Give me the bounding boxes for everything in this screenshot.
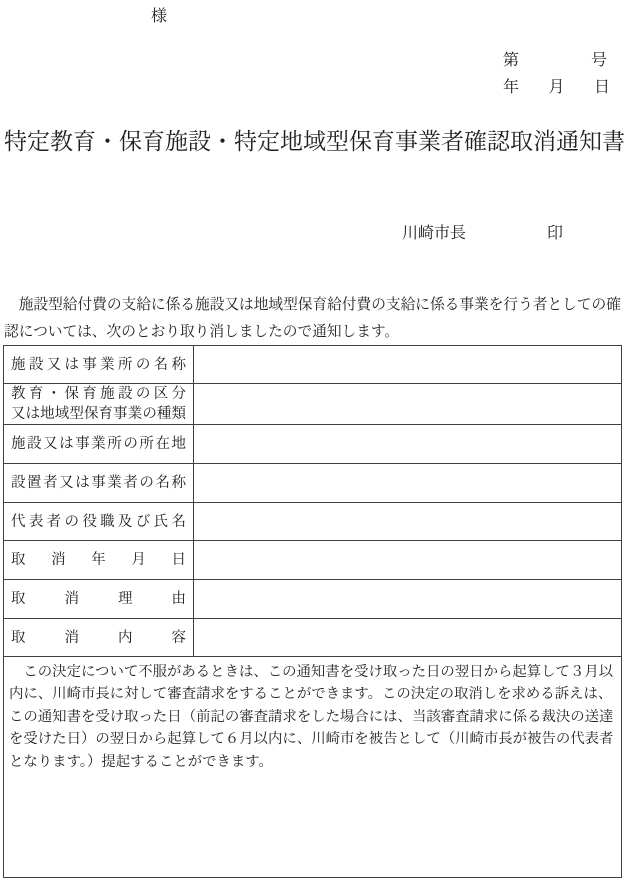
addressee-line: 様 xyxy=(151,3,167,26)
doc-number-suffix: 号 xyxy=(591,47,607,70)
row-value xyxy=(194,425,622,464)
notice-line: この通知書を受け取った日（前記の審査請求をした場合には、当該審査請求に係る裁決の… xyxy=(9,706,616,728)
document-page: 様 第 号 年 月 日 特定教育・保育施設・特定地域型保育事業者確認取消通知書 … xyxy=(0,0,629,880)
notice-line: 内に、川崎市長に対して審査請求をすることができます。この決定の取消しを求める訴え… xyxy=(9,683,616,705)
doc-number-prefix: 第 xyxy=(503,47,519,70)
addressee-suffix: 様 xyxy=(151,8,167,25)
row-label: 教育・保育施設の区分 又は地域型保育事業の種類 xyxy=(4,384,194,425)
row-label: 施設又は事業所の所在地 xyxy=(4,425,194,464)
details-table: 施設又は事業所の名称 教育・保育施設の区分 又は地域型保育事業の種類 施設又は事… xyxy=(3,345,622,878)
intro-line: 施設型給付費の支給に係る施設又は地域型保育給付費の支給に係る事業を行う者としての… xyxy=(4,292,626,319)
intro-paragraph: 施設型給付費の支給に係る施設又は地域型保育給付費の支給に係る事業を行う者としての… xyxy=(4,292,626,346)
row-value xyxy=(194,503,622,541)
row-label: 設置者又は事業者の名称 xyxy=(4,464,194,503)
table-row: 施設又は事業所の名称 xyxy=(4,346,622,384)
row-value xyxy=(194,541,622,580)
row-label: 取消内容 xyxy=(4,619,194,657)
seal-label: 印 xyxy=(547,220,563,243)
month-label: 月 xyxy=(548,74,564,97)
row-value xyxy=(194,384,622,425)
notice-line: この決定について不服があるときは、この通知書を受け取った日の翌日から起算して３月… xyxy=(9,661,616,683)
row-value xyxy=(194,580,622,619)
table-row: 取消理由 xyxy=(4,580,622,619)
day-label: 日 xyxy=(594,74,610,97)
row-value xyxy=(194,464,622,503)
table-row: 取消内容 xyxy=(4,619,622,657)
table-row: 教育・保育施設の区分 又は地域型保育事業の種類 xyxy=(4,384,622,425)
year-label: 年 xyxy=(503,74,519,97)
table-row: 施設又は事業所の所在地 xyxy=(4,425,622,464)
row-label: 取消理由 xyxy=(4,580,194,619)
doc-number-line: 第 号 xyxy=(503,47,607,70)
row-value xyxy=(194,619,622,657)
appeal-notice: この決定について不服があるときは、この通知書を受け取った日の翌日から起算して３月… xyxy=(4,657,622,878)
intro-line: 認については、次のとおり取り消しましたので通知します。 xyxy=(4,319,626,346)
row-label: 取消年月日 xyxy=(4,541,194,580)
row-value xyxy=(194,346,622,384)
row-label: 代表者の役職及び氏名 xyxy=(4,503,194,541)
issuer-name: 川崎市長 xyxy=(402,220,466,243)
table-row: 取消年月日 xyxy=(4,541,622,580)
date-line: 年 月 日 xyxy=(503,74,610,97)
row-label: 施設又は事業所の名称 xyxy=(4,346,194,384)
table-row: 代表者の役職及び氏名 xyxy=(4,503,622,541)
appeal-notice-row: この決定について不服があるときは、この通知書を受け取った日の翌日から起算して３月… xyxy=(4,657,622,878)
issuer-line: 川崎市長 印 xyxy=(402,220,563,243)
page-title: 特定教育・保育施設・特定地域型保育事業者確認取消通知書 xyxy=(0,127,629,156)
notice-line: となります。）提起することができます。 xyxy=(9,751,616,773)
notice-line: を受けた日）の翌日から起算して６月以内に、川崎市を被告として（川崎市長が被告の代… xyxy=(9,728,616,750)
table-row: 設置者又は事業者の名称 xyxy=(4,464,622,503)
